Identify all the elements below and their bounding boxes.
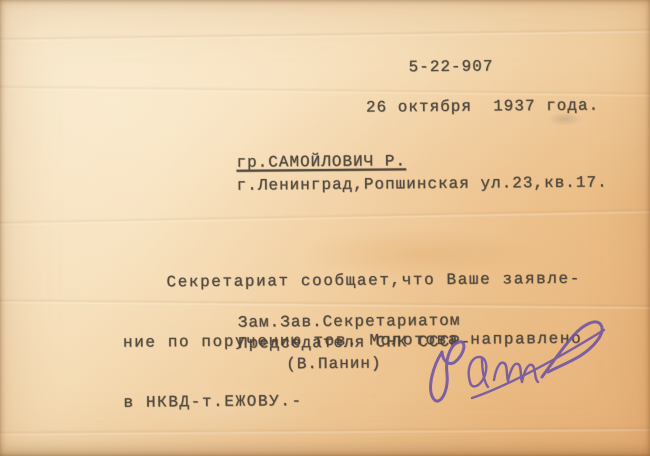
date-line: 26 октября 1937 года.	[366, 96, 599, 118]
handwritten-signature	[420, 300, 620, 415]
signer-name: (В.Панин)	[286, 354, 382, 375]
document-page: 5-22-907 26 октября 1937 года. гр.САМОЙЛ…	[0, 0, 650, 456]
addressee-address: г.Ленинград,Ропшинская ул.23,кв.17.	[237, 173, 608, 196]
body-line-1: Секретариат сообщает,что Ваше заявле-	[122, 269, 581, 293]
reference-number: 5-22-907	[409, 57, 494, 78]
addressee-name: гр.САМОЙЛОВИЧ Р.	[236, 151, 406, 172]
